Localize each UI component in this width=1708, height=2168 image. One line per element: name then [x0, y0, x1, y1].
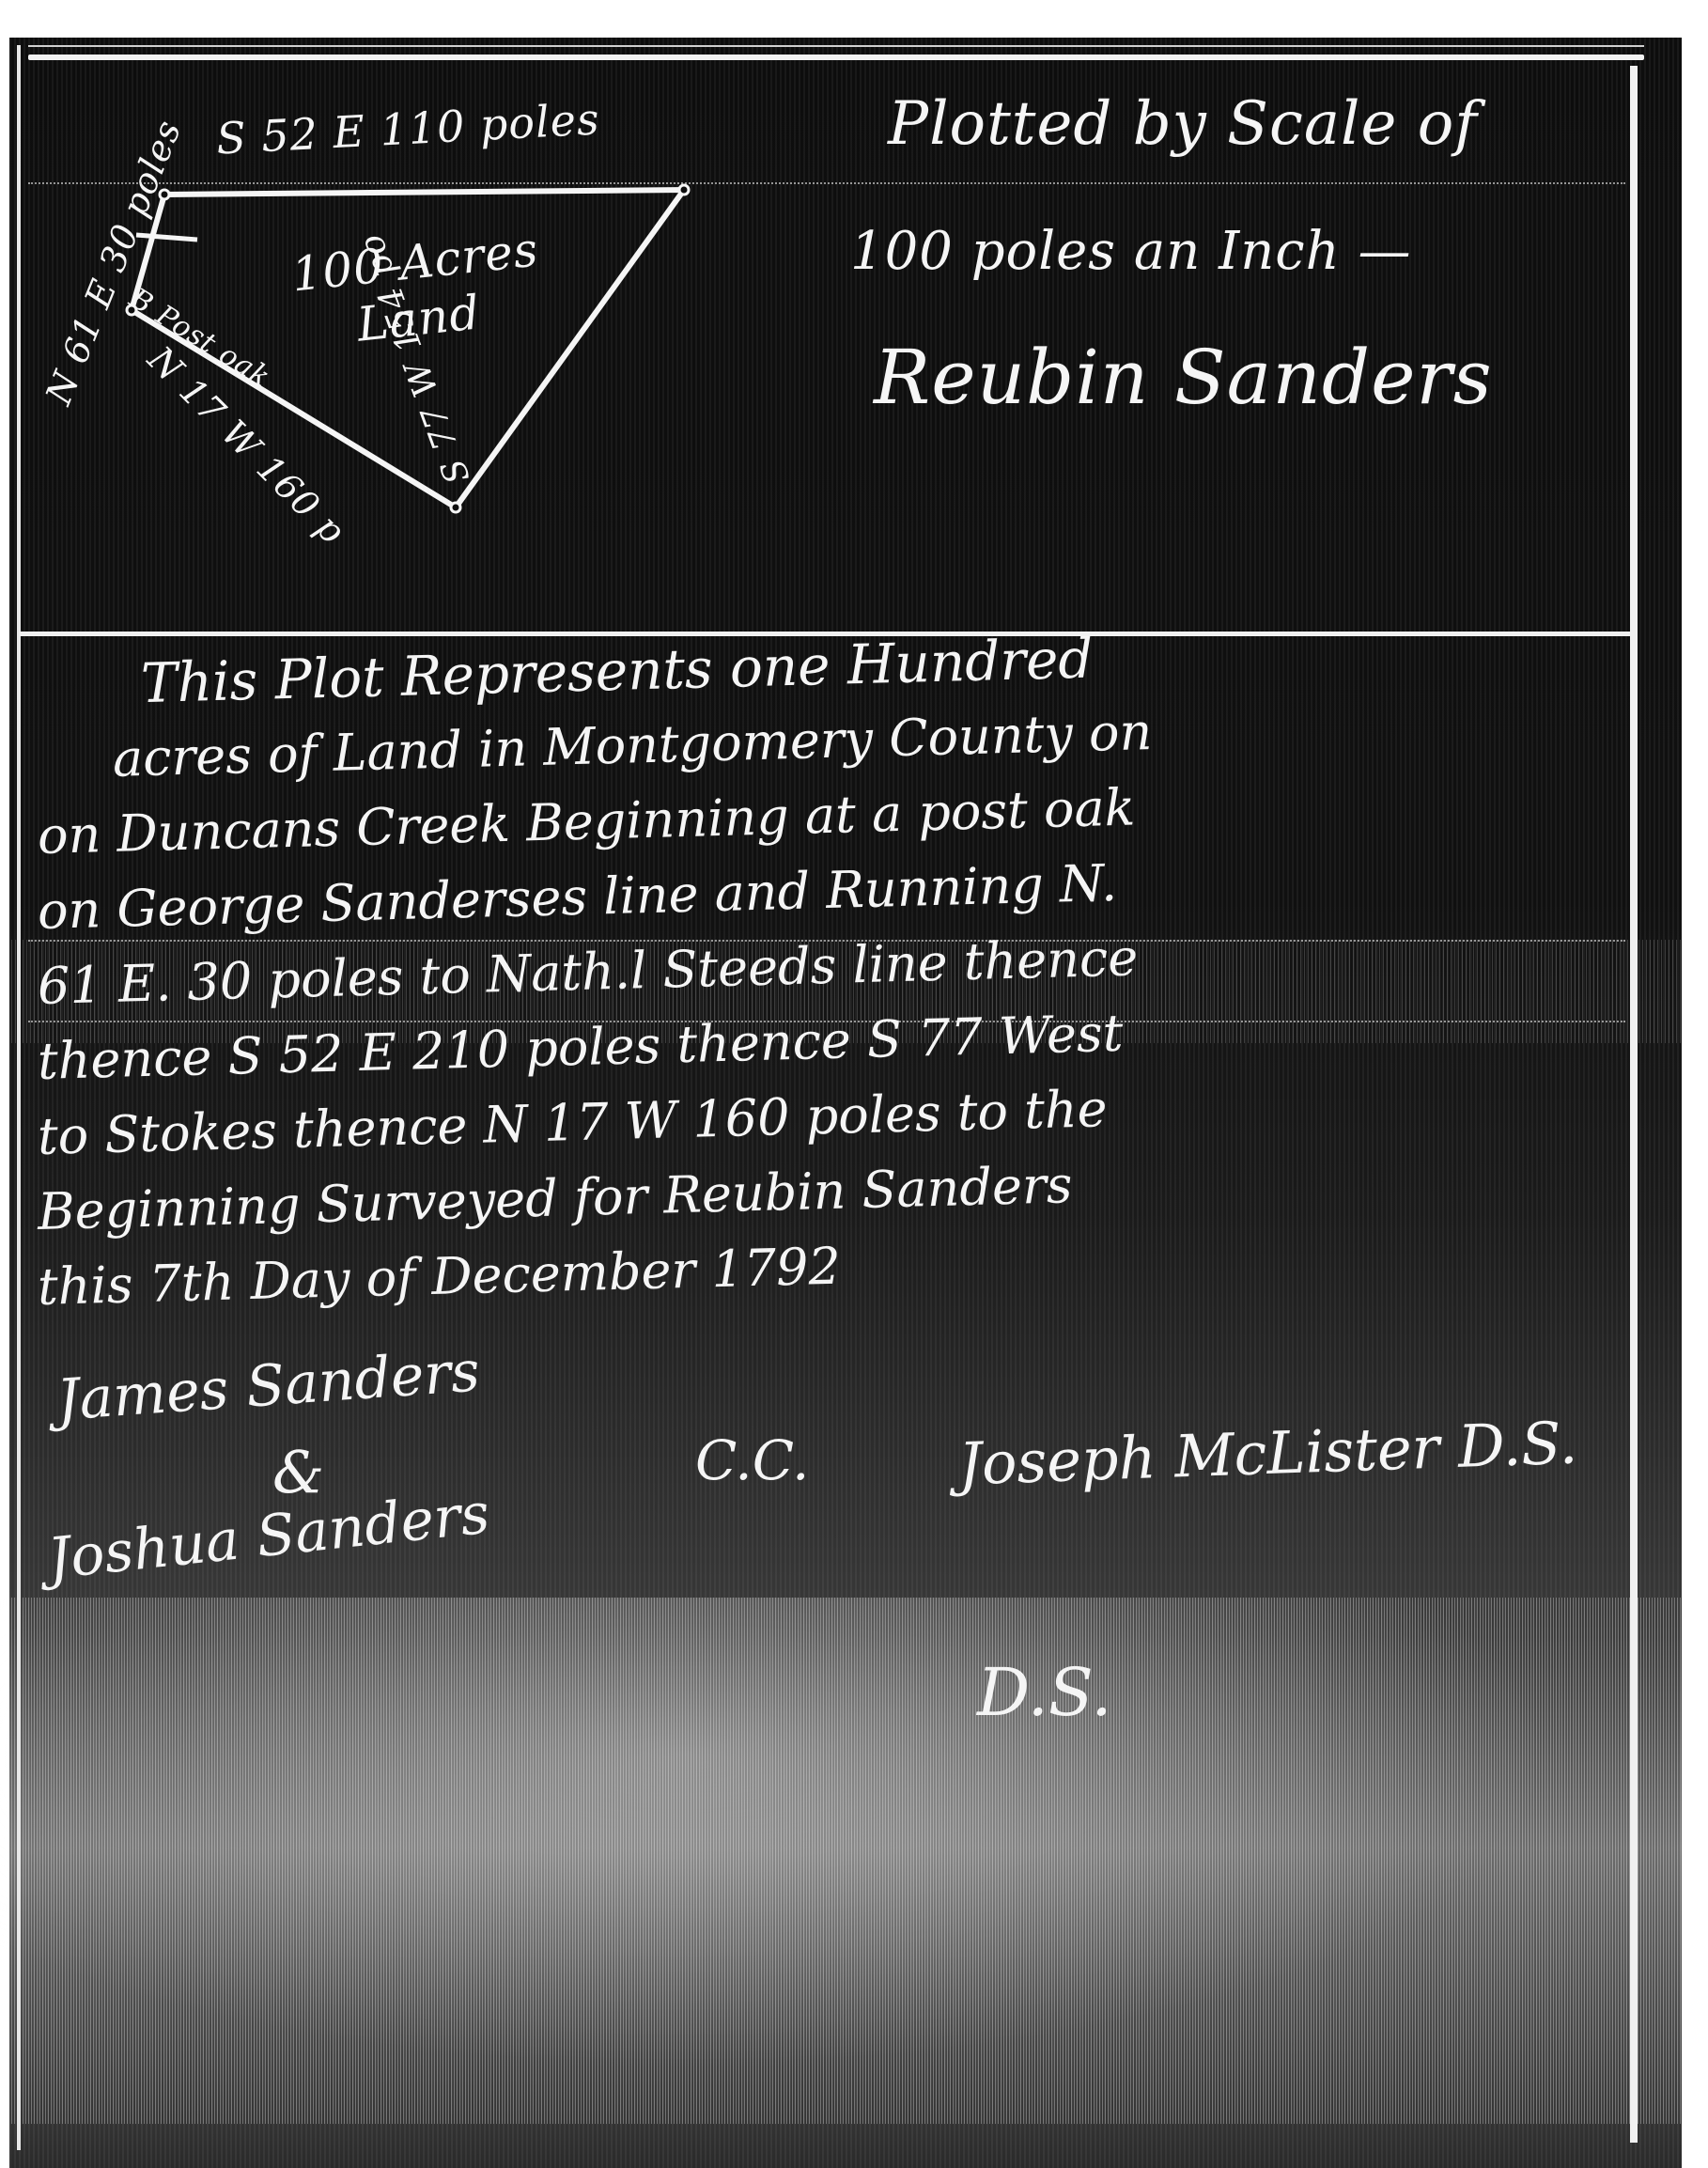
- signature-ampersand: &: [272, 1438, 324, 1506]
- chain-carriers-label: C.C.: [695, 1428, 810, 1492]
- survey-description: This Plot Represents one Hundred acres o…: [38, 648, 1607, 1325]
- border-right: [1630, 66, 1638, 2143]
- scale-note: 100 poles an Inch —: [850, 221, 1412, 282]
- plat-diagram: S 52 E 110 poles 100 Acres Land B Post o…: [0, 0, 752, 620]
- plotted-note: Plotted by Scale of: [888, 89, 1478, 159]
- signature-flourish: D.S.: [977, 1654, 1112, 1731]
- owner-name: Reubin Sanders: [874, 334, 1493, 421]
